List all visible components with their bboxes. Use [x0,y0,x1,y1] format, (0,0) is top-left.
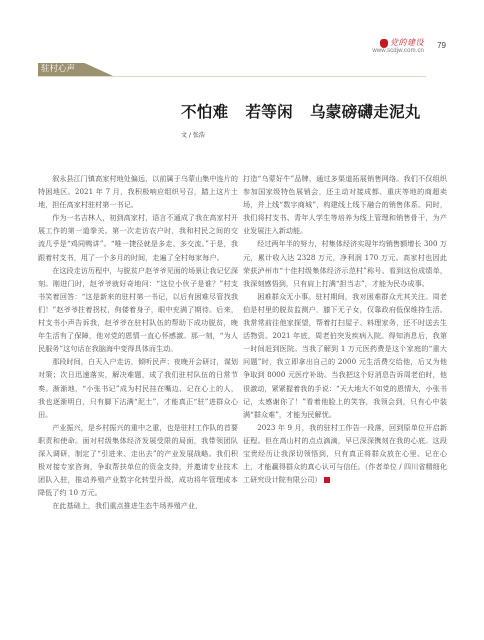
article-column-right: 打造“乌蒙好牛”品牌，通过多渠道拓展销售网络。我们不仅组织参加国家级特色展销会，… [243,172,447,486]
paragraph: 作为一名吉林人，初到高家村，语言不通成了我在高家村开展工作的第一道拳关。第一次走… [38,211,238,263]
party-emblem-icon [380,39,388,48]
magazine-logo-text: 党的建设 [390,38,424,48]
section-banner: 驻村心声 [38,63,113,76]
article-end-mark-icon [324,477,330,483]
paragraph-final: 2023 年 9 月，我的驻村工作告一段落，回到原单位开启新征程。但在高山村的点… [243,421,447,486]
masthead: 党的建设 www.scdjw.com.cn [372,38,424,55]
paragraph: 叙永县江门镇高家村地处偏远，以前属于乌蒙山集中连片的特困地区。2021 年 7 … [38,172,238,211]
article-column-left: 叙永县江门镇高家村地处偏远，以前属于乌蒙山集中连片的特困地区。2021 年 7 … [38,172,238,512]
section-divider [38,76,426,77]
section-label: 驻村心声 [38,63,113,76]
magazine-logo: 党的建设 [372,38,424,48]
page-number: 79 [437,41,446,50]
paragraph: 困难群众无小事。驻村期间，我对困难群众尤其关注。周老伯是村里的脱贫监测户，膝下无… [243,290,447,421]
paragraph: 在这段走访历程中，与脱贫户赵爷爷见面的场景让我记忆深刻。刚进门时，赵爷爷就好奇地… [38,264,238,356]
paragraph: 产业振兴，是乡村振兴的重中之重，也是驻村工作队的首要职责和使命。面对村级集体经济… [38,421,238,500]
paragraph-text: 2023 年 9 月，我的驻村工作告一段落，回到原单位开启新征程。但在高山村的点… [243,423,447,484]
article-title: 不怕难 若等闲 乌蒙磅礴走泥丸 [181,100,421,122]
site-url: www.scdjw.com.cn [372,48,424,55]
paragraph: 在此基础上，我们重点推进生态牛场养殖产业， [38,499,238,512]
paragraph-continued: 打造“乌蒙好牛”品牌，通过多渠道拓展销售网络。我们不仅组织参加国家级特色展销会，… [243,172,447,237]
paragraph: 经过两年半的努力，村集体经济实现年均销售额增长 300 万元，累计收入达 232… [243,237,447,289]
paragraph: 那段时间，白天入户走访，倾听民声；夜晚开会研讨，谋划对策；次日迅速落实，解决难题… [38,355,238,420]
article-byline: 文 / 张浩 [181,130,205,139]
